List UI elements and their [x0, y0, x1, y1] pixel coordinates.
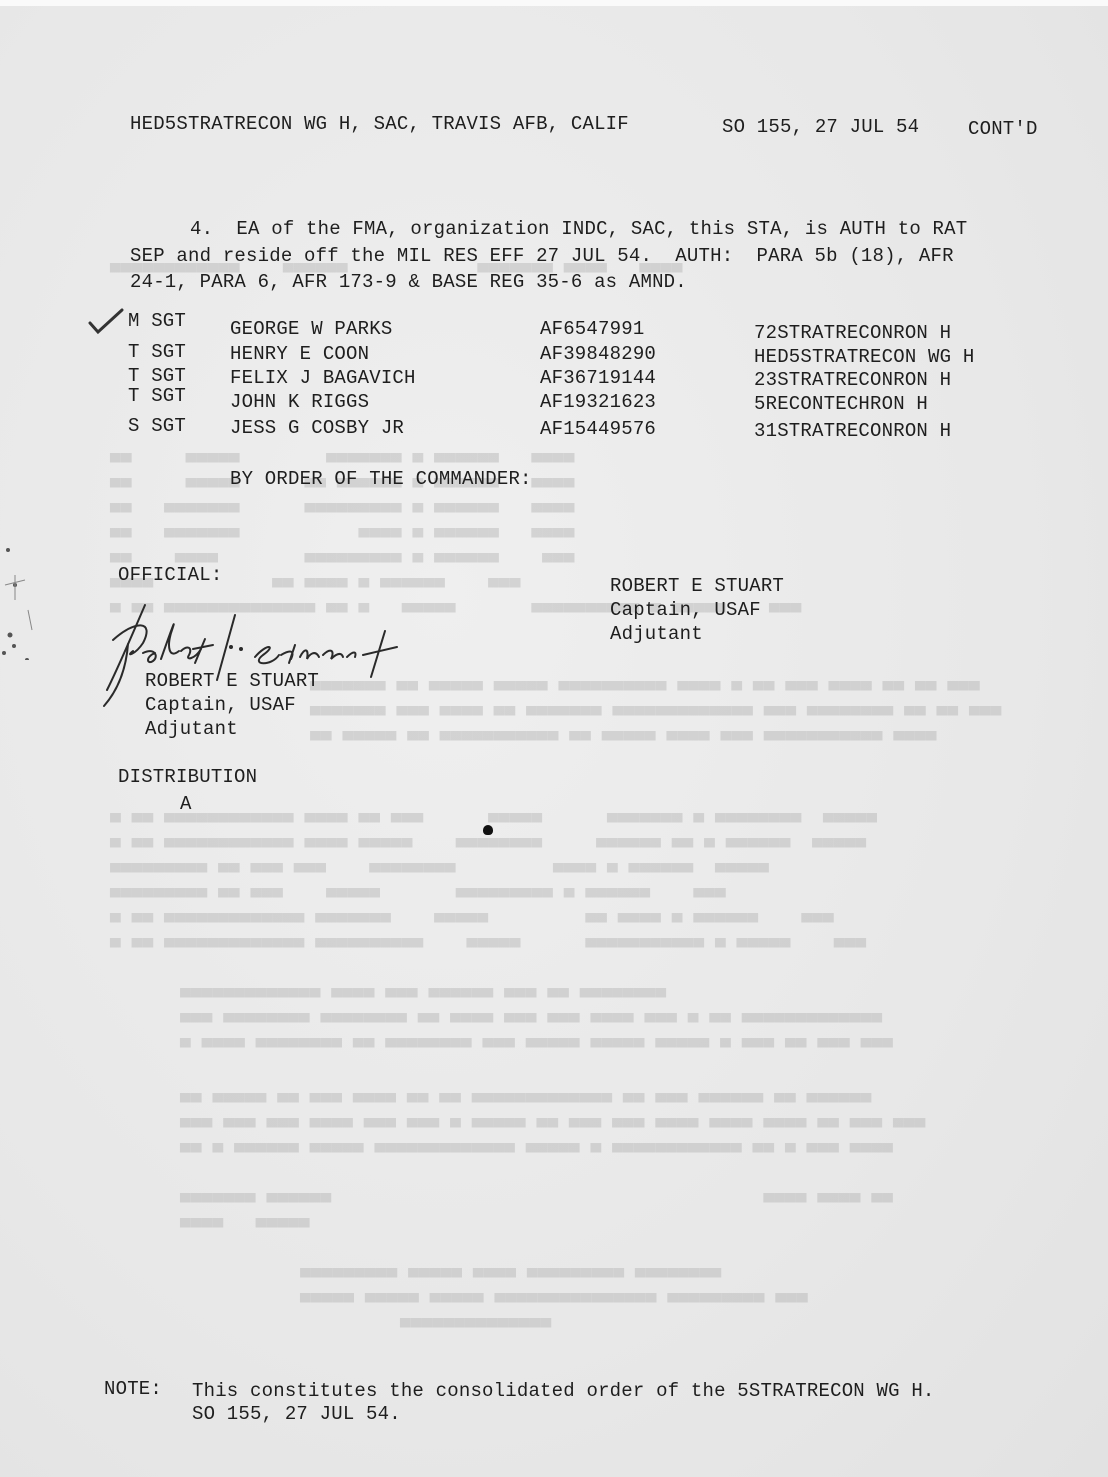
paragraph-line: 24-1, PARA 6, AFR 173-9 & BASE REG 35-6 …: [130, 273, 687, 292]
official-role: Adjutant: [145, 720, 238, 739]
header-organization: HED5STRATRECON WG H, SAC, TRAVIS AFB, CA…: [130, 115, 629, 134]
name-cell: JESS G COSBY JR: [230, 419, 404, 438]
distribution-code: A: [180, 795, 192, 814]
unit-cell: 31STRATRECONRON H: [754, 422, 951, 441]
unit-cell: HED5STRATRECON WG H: [754, 348, 974, 367]
service-number-cell: AF39848290: [540, 345, 656, 364]
commander-name: ROBERT E STUART: [610, 577, 784, 596]
paragraph-line: SEP and reside off the MIL RES EFF 27 JU…: [130, 247, 954, 266]
rank-cell: M SGT: [128, 312, 186, 331]
unit-cell: 72STRATRECONRON H: [754, 324, 951, 343]
header-continuation: CONT'D: [968, 120, 1038, 139]
service-number-cell: AF6547991: [540, 320, 644, 339]
paragraph-line: 4. EA of the FMA, organization INDC, SAC…: [190, 220, 967, 239]
table-row: T SGT HENRY E COON AF39848290 HED5STRATR…: [0, 343, 1108, 367]
name-cell: GEORGE W PARKS: [230, 320, 392, 339]
name-cell: JOHN K RIGGS: [230, 393, 369, 412]
distribution-label: DISTRIBUTION: [118, 768, 257, 787]
rank-cell: T SGT: [128, 367, 186, 386]
rank-cell: S SGT: [128, 417, 186, 436]
official-title: Captain, USAF: [145, 696, 296, 715]
unit-cell: 5RECONTECHRON H: [754, 395, 928, 414]
rank-cell: T SGT: [128, 343, 186, 362]
note-label: NOTE:: [104, 1380, 162, 1399]
service-number-cell: AF19321623: [540, 393, 656, 412]
official-label: OFFICIAL:: [118, 566, 222, 585]
commander-title: Captain, USAF: [610, 601, 761, 620]
table-row: M SGT GEORGE W PARKS AF6547991 72STRATRE…: [0, 312, 1108, 336]
service-number-cell: AF15449576: [540, 420, 656, 439]
note-line: This constitutes the consolidated order …: [192, 1382, 935, 1401]
signature-flourish-icon: [100, 640, 140, 710]
official-name: ROBERT E STUART: [145, 672, 319, 691]
table-row: S SGT JESS G COSBY JR AF15449576 31STRAT…: [0, 417, 1108, 441]
header-order-ref: SO 155, 27 JUL 54: [722, 118, 919, 137]
name-cell: HENRY E COON: [230, 345, 369, 364]
commander-role: Adjutant: [610, 625, 703, 644]
note-line: SO 155, 27 JUL 54.: [192, 1405, 401, 1424]
ink-blot: [483, 825, 493, 835]
service-number-cell: AF36719144: [540, 369, 656, 388]
rank-cell: T SGT: [128, 387, 186, 406]
scan-specks: [0, 540, 40, 660]
table-row: T SGT JOHN K RIGGS AF19321623 5RECONTECH…: [0, 387, 1108, 411]
name-cell: FELIX J BAGAVICH: [230, 369, 416, 388]
by-order-line: BY ORDER OF THE COMMANDER:: [230, 470, 532, 489]
